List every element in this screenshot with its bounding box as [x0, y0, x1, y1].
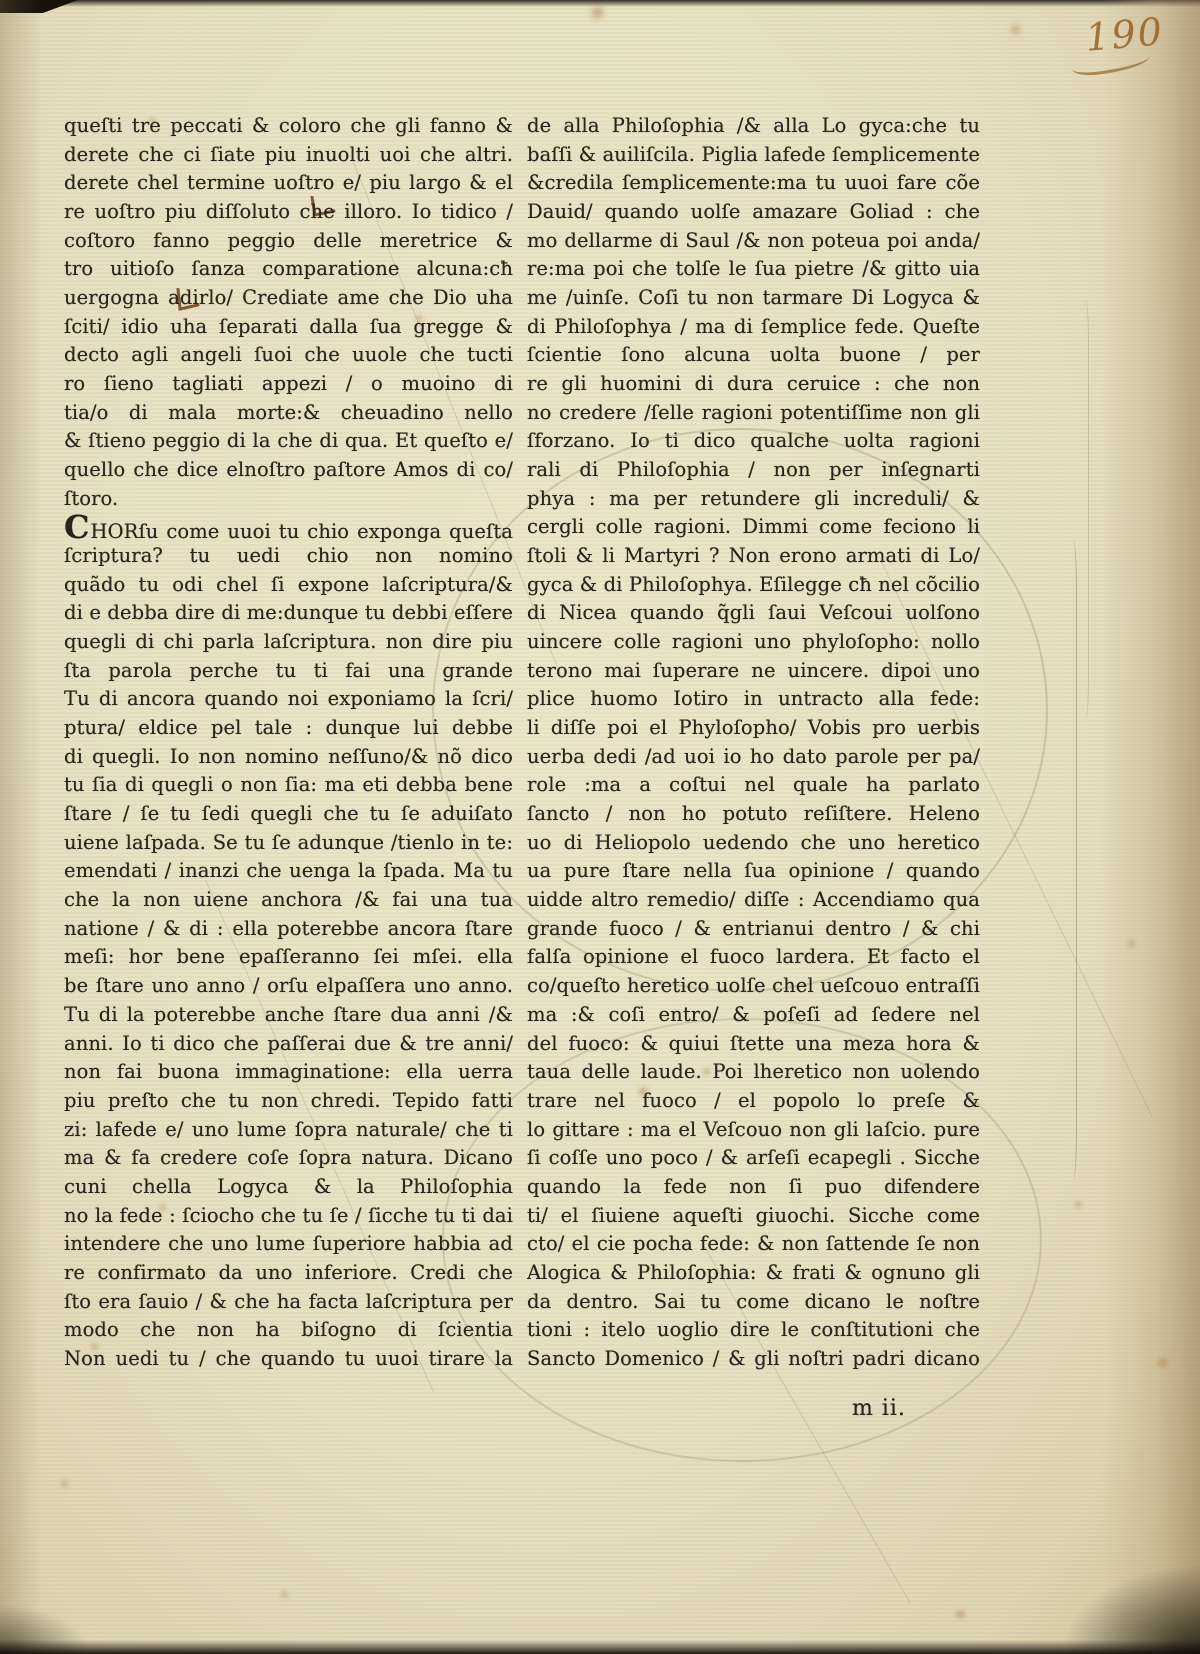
text-line: ſforzano. Io ti dico qualche uolta ragio… [527, 427, 980, 456]
text-line: be ſtare uno anno / orſu elpaſſera uno a… [64, 972, 513, 1001]
text-line: meſi: hor bene epaſſeranno ſei mſei. ell… [64, 943, 513, 972]
text-line: ſancto / non ho potuto reſiſtere. Heleno… [527, 800, 980, 829]
text-line: ti/ el ſiuiene aqueſti giuochi. Sicche c… [527, 1202, 980, 1231]
text-line: ptura/ eldice pel tale : dunque lui debb… [64, 714, 513, 743]
text-line: ma & fa credere coſe ſopra natura. Dican… [64, 1144, 513, 1173]
text-line: non fai buona immaginatione: ella uerra … [64, 1058, 513, 1087]
page-edge-left [0, 0, 42, 1654]
text-line: ſtoli & li Martyri ? Non erono armati di… [527, 542, 980, 571]
text-line: rali di Philoſophia / non per inſegnarti… [527, 456, 980, 485]
text-line: Alogica & Philoſophia: & frati & ognuno … [527, 1259, 980, 1288]
text-line: uiene laſpada. Se tu ſe adunque /tienlo … [64, 829, 513, 858]
text-line: di quegli. Io non nomino neſſuno/& nõ di… [64, 743, 513, 772]
book-page: 190 queſti tre peccati & coloro che gli … [0, 0, 1200, 1654]
text-line: uo di Heliopolo uedendo che uno heretico… [527, 829, 980, 858]
page-fold-line [1070, 540, 1077, 1180]
text-line: modo che non ha biſogno di ſcientia ſecu… [64, 1316, 513, 1345]
text-line: CHORſu come uuoi tu chio exponga queſta [64, 513, 513, 542]
text-line: Tu di la poterebbe anche ſtare dua anni … [64, 1001, 513, 1030]
text-line: ſi coſſe uno poco / & arſeſi ecapegli . … [527, 1144, 980, 1173]
text-line: cuni chella Logyca & la Philoſophia conf… [64, 1173, 513, 1202]
text-line: di Philoſophya / ma di ſemplice fede. Qu… [527, 313, 980, 342]
text-line: mo dellarme di Saul /& non poteua poi an… [527, 227, 980, 256]
text-column-right: de alla Philoſophia /& alla Lo gyca:che … [527, 112, 980, 1374]
text-line: ro ſieno tagliati appezi / o muoino di p… [64, 370, 513, 399]
signature-mark: m ii. [852, 1396, 906, 1421]
text-line: uergogna adirlo/ Crediate ame che Dio uh… [64, 284, 513, 313]
text-line: Dauid/ quando uolſe amazare Goliad : che… [527, 198, 980, 227]
text-line: phya : ma per retundere gli increduli/ &… [527, 485, 980, 514]
text-line: li diſſe poi el Phyloſopho/ Vobis pro ue… [527, 714, 980, 743]
text-line: re confirmato da uno inferiore. Credi ch… [64, 1259, 513, 1288]
text-line: uincere colle ragioni uno phyloſopho: no… [527, 628, 980, 657]
text-line: natione / & di : ella poterebbe ancora ſ… [64, 915, 513, 944]
page-edge-bottom [0, 1640, 1200, 1654]
text-line: terono mai ſuperare ne uincere. dipoi un… [527, 657, 980, 686]
text-line: no la fede : ſciocho che tu ſe / ſicche … [64, 1202, 513, 1231]
text-column-left: queſti tre peccati & coloro che gli fann… [64, 112, 513, 1374]
text-line: taua delle laude. Poi lheretico non uole… [527, 1058, 980, 1087]
text-line: ma :& coſi entro/ & poſeſi ad ſedere nel… [527, 1001, 980, 1030]
text-line: di e debba dire di me:dunque tu debbi eſ… [64, 599, 513, 628]
text-line: uidde altro remedio/ diſſe : Accendiamo … [527, 886, 980, 915]
text-line: plice huomo Iotiro in untracto alla fede… [527, 685, 980, 714]
text-line: ſcientie ſono alcuna uolta buone / per r… [527, 341, 980, 370]
page-edge-right [1100, 0, 1200, 1654]
text-line: piu preſto che tu non chredi. Tepido fat… [64, 1087, 513, 1116]
text-line: tia/o di mala morte:& cheuadino nello in… [64, 399, 513, 428]
text-line: coſtoro fanno peggio delle meretrice & d… [64, 227, 513, 256]
text-line: da dentro. Sai tu come dicano le noſtre … [527, 1288, 980, 1317]
text-line: anni. Io ti dico che paſſerai due & tre … [64, 1030, 513, 1059]
text-line: ſcriptura? tu uedi chio non nomino neſſu… [64, 542, 513, 571]
text-line: grande fuoco / & entrianui dentro / & ch… [527, 915, 980, 944]
text-line: Sancto Domenico / & gli noſtri padri dic… [527, 1345, 980, 1374]
text-line: &credila ſemplicemente:ma tu uuoi fare c… [527, 169, 980, 198]
page-corner-bottom-right [1060, 1564, 1200, 1654]
text-line: che la non uiene anchora /& fai una tua … [64, 886, 513, 915]
text-line: emendati / inanzi che uenga la ſpada. Ma… [64, 857, 513, 886]
text-line: zi: lafede e/ uno lume ſopra naturale/ c… [64, 1116, 513, 1145]
text-line: ſtare / ſe tu ſedi quegli che tu ſe adui… [64, 800, 513, 829]
text-line: re uoſtro piu diſſoluto che illoro. Io t… [64, 198, 513, 227]
text-line: ſtoro. [64, 485, 513, 514]
text-line: quando la fede non ſi puo difendere altr… [527, 1173, 980, 1202]
text-line: no credere /ſelle ragioni potentiſſime n… [527, 399, 980, 428]
foxing-spots [0, 0, 5, 5]
text-line: del fuoco: & quiui ſtette una meza hora … [527, 1030, 980, 1059]
text-line: uerba dedi /ad uoi io ho dato parole per… [527, 743, 980, 772]
text-line: tro uitioſo ſanza comparatione alcuna:cħ… [64, 255, 513, 284]
page-edge-top [0, 0, 1200, 7]
text-line: ſto era ſauio / & che ha facta laſcriptu… [64, 1288, 513, 1317]
text-line: quello che dice elnoſtro paſtore Amos di… [64, 456, 513, 485]
text-line: Non uedi tu / che quando tu uuoi tirare … [64, 1345, 513, 1374]
text-line: decto agli angeli ſuoi che uuole che tuc… [64, 341, 513, 370]
text-line: baſſi & auiliſcila. Piglia lafede ſempli… [527, 141, 980, 170]
handwritten-folio-number: 190 [1084, 8, 1179, 76]
text-line: cergli colle ragioni. Dimmi come feciono… [527, 513, 980, 542]
text-line: cto/ el cie pocha fede: & non ſattende ſ… [527, 1230, 980, 1259]
text-line: quãdo tu odi chel ſi expone laſcriptura/… [64, 571, 513, 600]
text-line: co/queſto heretico uolſe chel ueſcouo en… [527, 972, 980, 1001]
folio-number-text: 190 [1084, 9, 1166, 60]
text-line: role :ma a coſtui nel quale ha parlato l… [527, 771, 980, 800]
text-line: derete chel termine uoſtro e/ piu largo … [64, 169, 513, 198]
text-line: trare nel fuoco / el popolo lo preſe & u… [527, 1087, 980, 1116]
text-line: gyca & di Philoſophya. Eſilegge cħ nel c… [527, 571, 980, 600]
text-line: quegli di chi parla laſcriptura. non dir… [64, 628, 513, 657]
text-line: re gli huomini di dura ceruice : che non… [527, 370, 980, 399]
text-line: intendere che uno lume ſuperiore habbia … [64, 1230, 513, 1259]
text-line: Tu di ancora quando noi exponiamo la ſcr… [64, 685, 513, 714]
text-line: & ſtieno peggio di la che di qua. Et que… [64, 427, 513, 456]
text-line: de alla Philoſophia /& alla Lo gyca:che … [527, 112, 980, 141]
text-line: derete che ci ſiate piu inuolti uoi che … [64, 141, 513, 170]
page-corner-bottom-left [0, 1604, 90, 1654]
text-line: tioni : itelo uoglio dire le conſtitutio… [527, 1316, 980, 1345]
text-line: me /uinſe. Coſi tu non tarmare Di Logyca… [527, 284, 980, 313]
page-fold-line [1082, 300, 1089, 720]
text-line: ſta parola perche tu ti fai una grande u… [64, 657, 513, 686]
text-line: re:ma poi che tolſe le ſua pietre /& git… [527, 255, 980, 284]
text-line: ſciti/ idio uha ſeparati dalla ſua gregg… [64, 313, 513, 342]
text-line: tu ſia di quegli o non ſia: ma eti debba… [64, 771, 513, 800]
text-line: lo gittare : ma el Veſcouo non gli laſci… [527, 1116, 980, 1145]
text-line: ua pure ſtare nella ſua opinione / quand… [527, 857, 980, 886]
text-line: queſti tre peccati & coloro che gli fann… [64, 112, 513, 141]
text-line: falſa opinione el fuoco lardera. Et fact… [527, 943, 980, 972]
text-line: di Nicea quando q̃gli ſaui Veſcoui uolſo… [527, 599, 980, 628]
